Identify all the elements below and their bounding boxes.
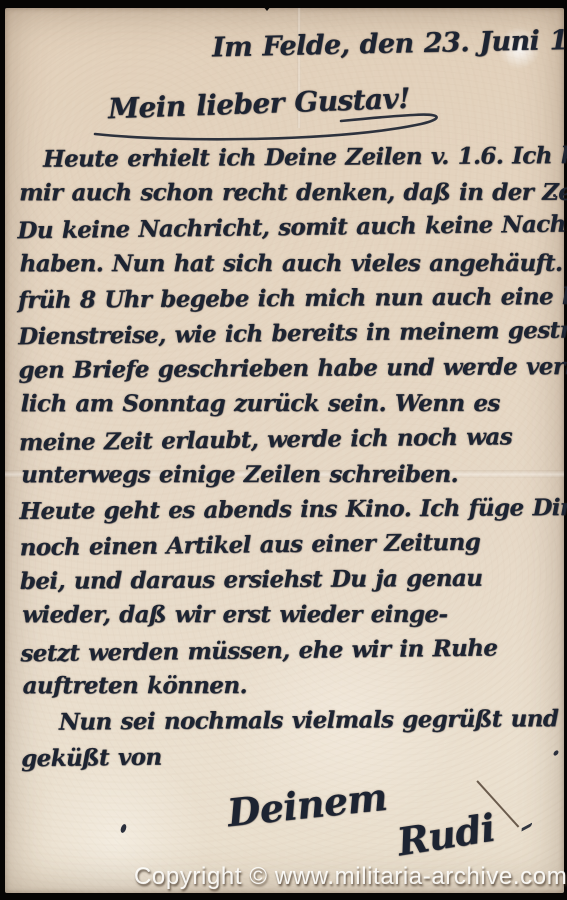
photo-frame: Im Felde, den 23. Juni 1942. Mein lieber… bbox=[0, 0, 567, 900]
paper-edge-notch bbox=[258, 0, 276, 11]
handwriting-line: wieder, daß wir erst wieder einge- bbox=[22, 597, 553, 633]
dateline: Im Felde, den 23. Juni 1942. bbox=[212, 24, 567, 64]
signature-name: Rudi bbox=[394, 805, 498, 865]
handwriting-line: gen Briefe geschrieben habe und werde ve… bbox=[18, 349, 549, 388]
ink-speck bbox=[553, 749, 560, 756]
handwriting-line: Du keine Nachricht, somit auch keine Nac… bbox=[17, 207, 548, 249]
signature-deinem: Deinem bbox=[225, 774, 389, 835]
salutation: Mein lieber Gustav! bbox=[108, 82, 411, 126]
stray-ink-tick bbox=[522, 814, 533, 831]
letter-paper: Im Felde, den 23. Juni 1942. Mein lieber… bbox=[5, 8, 564, 893]
ink-speck bbox=[553, 194, 556, 197]
handwriting-line: Nun sei nochmals vielmals gegrüßt und bbox=[21, 701, 552, 740]
handwriting-line: früh 8 Uhr begebe ich mich nun auch eine… bbox=[18, 279, 549, 318]
handwriting-line: mir auch schon recht denken, daß in der … bbox=[19, 175, 550, 211]
copyright-watermark: Copyright © www.militaria-archive.com bbox=[134, 863, 567, 891]
handwriting-line: Heute geht es abends ins Kino. Ich füge … bbox=[19, 490, 550, 529]
handwriting-line: lich am Sonntag zurück sein. Wenn es bbox=[21, 386, 552, 422]
handwriting-line: Dienstreise, wie ich bereits in meinem g… bbox=[18, 313, 549, 355]
handwriting-line: haben. Nun hat sich auch vieles angehäuf… bbox=[20, 245, 551, 281]
handwriting-line: noch einen Artikel aus einer Zeitung bbox=[19, 524, 550, 566]
handwriting-line: setzt werden müssen, ehe wir in Ruhe bbox=[20, 629, 551, 671]
handwriting-line: unterwegs einige Zeilen schreiben. bbox=[21, 456, 552, 492]
handwriting-line: auftreten können. bbox=[23, 668, 554, 704]
handwriting-line: Heute erhielt ich Deine Zeilen v. 1.6. I… bbox=[17, 138, 548, 177]
handwriting-line: meine Zeit erlaubt, werde ich noch was bbox=[19, 418, 550, 460]
handwriting-line: geküßt von bbox=[21, 735, 552, 777]
handwriting-line: bei, und daraus ersiehst Du ja genau bbox=[20, 560, 551, 599]
letter-body: Heute erhielt ich Deine Zeilen v. 1.6. I… bbox=[17, 138, 552, 775]
ink-speck bbox=[120, 823, 128, 833]
